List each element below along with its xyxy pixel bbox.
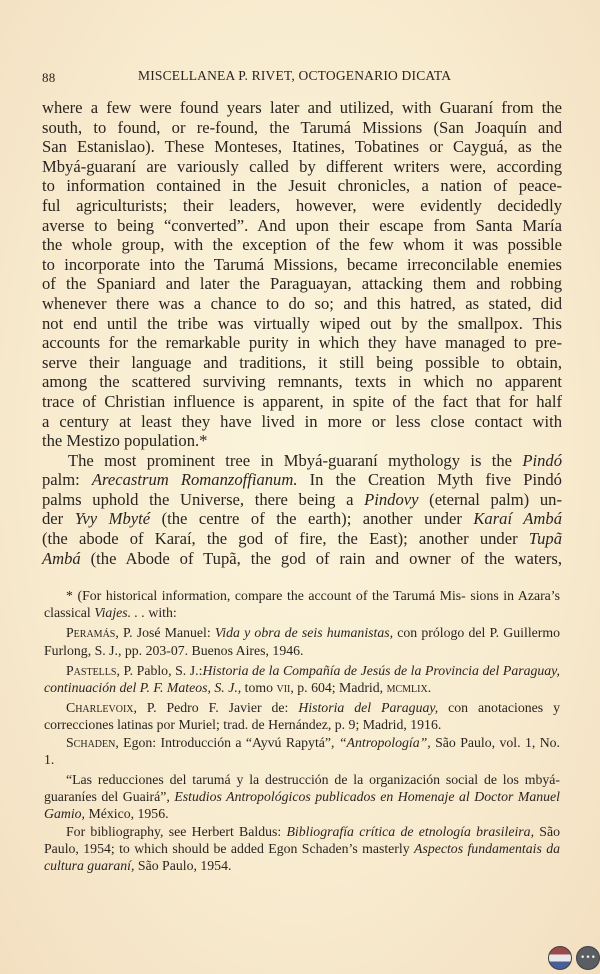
text-line: Ambá (the Abode of Tupã, the god of rain… — [42, 549, 562, 569]
text-run: vii — [276, 680, 290, 695]
italic-term: Tupã — [529, 529, 562, 548]
italic-term: Pindovy — [364, 490, 418, 509]
text-line: among the scattered surviving remnants, … — [42, 372, 562, 392]
text-run: The most prominent tree in Mbyá-guaraní … — [68, 451, 522, 470]
ref-title: Vida y obra de seis humanistas, — [215, 625, 393, 640]
text-run: (the centre of the earth); another under — [150, 509, 473, 528]
ref-title: Historia del Paraguay, — [298, 700, 438, 715]
text-run: In the Creation Myth five Pindó — [297, 470, 562, 489]
text-line: serve their language and traditions, it … — [42, 353, 562, 373]
text-run: palms uphold the Universe, there being a — [42, 490, 364, 509]
text-line: Mbyá-guaraní are variously called by dif… — [42, 157, 562, 177]
text-line: The most prominent tree in Mbyá-guaraní … — [42, 451, 562, 471]
flag-badge-icon[interactable] — [548, 946, 572, 970]
paragraph-2: The most prominent tree in Mbyá-guaraní … — [42, 451, 562, 569]
italic-term: Karaí Ambá — [473, 509, 562, 528]
text-line: trace of Christian influence is apparent… — [42, 392, 562, 412]
text-line: of the Spaniard and later the Paraguayan… — [42, 274, 562, 294]
text-run: , P. José Manuel: — [115, 625, 215, 640]
italic-term: Pindó — [522, 451, 562, 470]
text-line: not end until the tribe was virtually wi… — [42, 314, 562, 334]
page-header: 88 MISCELLANEA P. RIVET, OCTOGENARIO DIC… — [42, 66, 562, 86]
text-line: south, to found, or re-found, the Tarumá… — [42, 118, 562, 138]
text-line: der Yvy Mbyté (the centre of the earth);… — [42, 509, 562, 529]
text-run: (the Abode of Tupã, the god of rain and … — [81, 549, 562, 568]
more-badge-icon[interactable]: ••• — [576, 946, 600, 970]
text-run: São Paulo, 1954. — [134, 858, 231, 873]
more-glyph: ••• — [580, 953, 596, 963]
text-line: averse to being “converted”. And upon th… — [42, 216, 562, 236]
paragraph-1: where a few were found years later and u… — [42, 98, 562, 451]
text-line: palms uphold the Universe, there being a… — [42, 490, 562, 510]
main-text: where a few were found years later and u… — [42, 98, 562, 568]
text-run: with: — [145, 605, 177, 620]
text-line: a century at least they have lived in mo… — [42, 412, 562, 432]
ref-author: Schaden — [66, 735, 115, 750]
footnote-ref: Pastells, P. Pablo, S. J.:Historia de la… — [44, 662, 560, 696]
text-line: to information contained in the Jesuit c… — [42, 176, 562, 196]
text-run: * (For historical information, compare t… — [66, 588, 466, 603]
text-run: der — [42, 509, 75, 528]
running-title: MISCELLANEA P. RIVET, OCTOGENARIO DICATA — [138, 68, 451, 84]
footnotes: * (For historical information, compare t… — [44, 587, 560, 874]
ref-title: Bibliografía crítica de etnología brasil… — [286, 824, 534, 839]
footnote-intro: * (For historical information, compare t… — [44, 587, 560, 621]
text-run: , p. 604; Madrid, — [290, 680, 386, 695]
text-run: mcmlix — [387, 680, 428, 695]
text-run: , P. Pedro F. Javier de: — [134, 700, 299, 715]
text-run: For bibliography, see Herbert Baldus: — [66, 824, 286, 839]
text-line: the Mestizo population.* — [42, 431, 562, 451]
page-number: 88 — [42, 70, 55, 86]
italic-term: Yvy Mbyté — [75, 509, 150, 528]
italic-term: Arecastrum Romanzoffianum. — [92, 470, 298, 489]
footnote-ref: For bibliography, see Herbert Baldus: Bi… — [44, 823, 560, 875]
text-run: México, 1956. — [85, 806, 169, 821]
text-run: , P. Pablo, S. J.: — [116, 663, 202, 678]
text-run: tomo — [241, 680, 276, 695]
italic-term: Ambá — [42, 549, 81, 568]
ref-author: Charlevoix — [66, 700, 134, 715]
text-line: San Estanislao). These Monteses, Itatine… — [42, 137, 562, 157]
corner-badges: ••• — [548, 946, 600, 970]
text-line: to incorporate into the Tarumá Missions,… — [42, 255, 562, 275]
text-line: palm: Arecastrum Romanzoffianum. In the … — [42, 470, 562, 490]
text-run: (eternal palm) un- — [419, 490, 563, 509]
text-line: ful agriculturists; their leaders, howev… — [42, 196, 562, 216]
ref-author: Pastells — [66, 663, 116, 678]
ref-author: Peramás — [66, 625, 115, 640]
text-run: , Egon: Introducción a “Ayvú Rapytá”, — [115, 735, 339, 750]
footnote-ref: Schaden, Egon: Introducción a “Ayvú Rapy… — [44, 734, 560, 768]
footnote-ref: Peramás, P. José Manuel: Vida y obra de … — [44, 624, 560, 658]
text-line: (the abode of Karaí, the god of fire, th… — [42, 529, 562, 549]
text-run: palm: — [42, 470, 92, 489]
text-run: . — [428, 680, 431, 695]
text-line: where a few were found years later and u… — [42, 98, 562, 118]
ref-title: “Antropología”, — [339, 735, 431, 750]
text-run: (the abode of Karaí, the god of fire, th… — [42, 529, 529, 548]
text-line: whenever there was a chance to do so; an… — [42, 294, 562, 314]
italic-term: Viajes. . . — [94, 605, 145, 620]
footnote-ref: Charlevoix, P. Pedro F. Javier de: Histo… — [44, 699, 560, 733]
footnote-ref: “Las reducciones del tarumá y la destruc… — [44, 771, 560, 823]
text-line: accounts for the remarkable purity in wh… — [42, 333, 562, 353]
text-line: the whole group, with the exception of t… — [42, 235, 562, 255]
